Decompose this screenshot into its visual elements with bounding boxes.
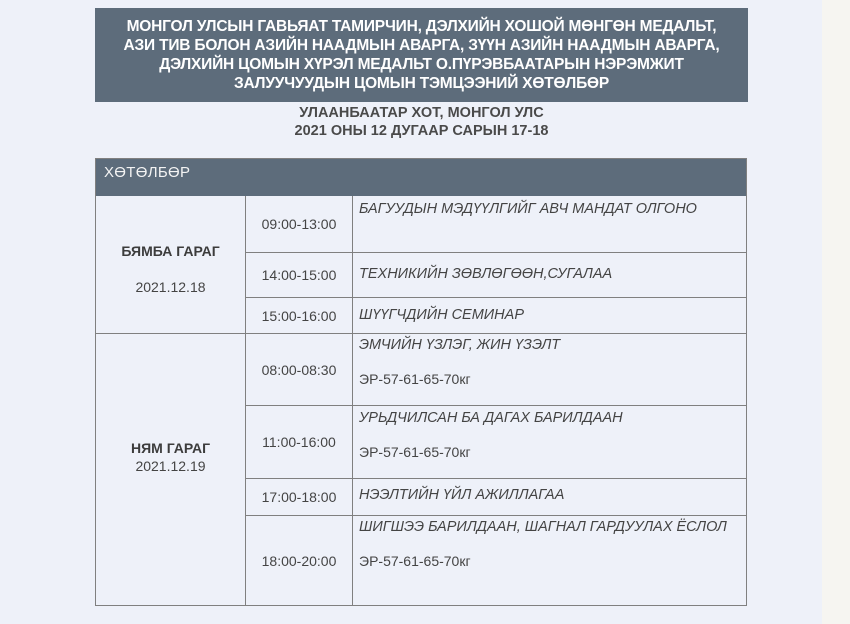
activity-cell: УРЬДЧИЛСАН БА ДАГАХ БАРИЛДААН ЭР-57-61-6… xyxy=(353,406,746,478)
activity-cell: ЭМЧИЙН ҮЗЛЭГ, ЖИН ҮЗЭЛТ ЭР-57-61-65-70кг xyxy=(353,334,746,405)
activity-text: ТЕХНИКИЙН ЗӨВЛӨГӨӨН,СУГАЛАА xyxy=(359,265,738,283)
day-name: НЯМ ГАРАГ xyxy=(131,440,210,456)
time-cell: 17:00-18:00 xyxy=(246,479,353,515)
schedule-row: 18:00-20:00 ШИГШЭЭ БАРИЛДААН, ШАГНАЛ ГАР… xyxy=(246,516,746,606)
day-date: 2021.12.18 xyxy=(135,279,205,295)
event-location: УЛААНБААТАР ХОТ, МОНГОЛ УЛС xyxy=(95,104,748,122)
schedule-row: 15:00-16:00 ШҮҮГЧДИЙН СЕМИНАР xyxy=(246,298,746,334)
weight-classes: ЭР-57-61-65-70кг xyxy=(359,443,738,461)
time-cell: 08:00-08:30 xyxy=(246,334,353,405)
activity-text: ШҮҮГЧДИЙН СЕМИНАР xyxy=(359,306,738,324)
schedule-row: 17:00-18:00 НЭЭЛТИЙН ҮЙЛ АЖИЛЛАГАА xyxy=(246,479,746,516)
activity-text: ШИГШЭЭ БАРИЛДААН, ШАГНАЛ ГАРДУУЛАХ ЁСЛОЛ xyxy=(359,518,738,536)
activity-cell: ШИГШЭЭ БАРИЛДААН, ШАГНАЛ ГАРДУУЛАХ ЁСЛОЛ… xyxy=(353,516,746,606)
weight-classes: ЭР-57-61-65-70кг xyxy=(359,370,738,388)
time-cell: 14:00-15:00 xyxy=(246,253,353,297)
event-dates: 2021 ОНЫ 12 ДУГААР САРЫН 17-18 xyxy=(95,122,748,140)
schedule-row: 08:00-08:30 ЭМЧИЙН ҮЗЛЭГ, ЖИН ҮЗЭЛТ ЭР-5… xyxy=(246,334,746,406)
event-subtitle: УЛААНБААТАР ХОТ, МОНГОЛ УЛС 2021 ОНЫ 12 … xyxy=(95,104,748,140)
weight-classes: ЭР-57-61-65-70кг xyxy=(359,552,738,570)
schedule-row: 09:00-13:00 БАГУУДЫН МЭДҮҮЛГИЙГ АВЧ МАНД… xyxy=(246,196,746,253)
time-cell: 09:00-13:00 xyxy=(246,196,353,252)
day-cell: НЯМ ГАРАГ 2021.12.19 xyxy=(96,334,246,606)
title-line-2: АЗИ ТИВ БОЛОН АЗИЙН НААДМЫН АВАРГА, ЗҮҮН… xyxy=(95,36,748,55)
activity-cell: НЭЭЛТИЙН ҮЙЛ АЖИЛЛАГАА xyxy=(353,479,746,515)
time-cell: 11:00-16:00 xyxy=(246,406,353,478)
activity-cell: ШҮҮГЧДИЙН СЕМИНАР xyxy=(353,298,746,334)
activity-text: БАГУУДЫН МЭДҮҮЛГИЙГ АВЧ МАНДАТ ОЛГОНО xyxy=(359,200,738,218)
activity-text: ЭМЧИЙН ҮЗЛЭГ, ЖИН ҮЗЭЛТ xyxy=(359,336,738,354)
title-line-1: МОНГОЛ УЛСЫН ГАВЬЯАТ ТАМИРЧИН, ДЭЛХИЙН Х… xyxy=(95,17,748,36)
day-name: БЯМБА ГАРАГ xyxy=(121,243,219,259)
document-title-banner: МОНГОЛ УЛСЫН ГАВЬЯАТ ТАМИРЧИН, ДЭЛХИЙН Х… xyxy=(95,8,748,102)
day-cell: БЯМБА ГАРАГ 2021.12.18 xyxy=(96,196,246,333)
time-cell: 15:00-16:00 xyxy=(246,298,353,334)
activity-text: НЭЭЛТИЙН ҮЙЛ АЖИЛЛАГАА xyxy=(359,486,738,504)
title-line-3: ДЭЛХИЙН ЦОМЫН ХҮРЭЛ МЕДАЛЬТ О.ПҮРЭВБААТА… xyxy=(95,55,748,74)
schedule-row: 11:00-16:00 УРЬДЧИЛСАН БА ДАГАХ БАРИЛДАА… xyxy=(246,406,746,479)
day-group-sunday: НЯМ ГАРАГ 2021.12.19 08:00-08:30 ЭМЧИЙН … xyxy=(96,334,746,606)
schedule-heading: ХӨТӨЛБӨР xyxy=(96,159,746,196)
activity-cell: ТЕХНИКИЙН ЗӨВЛӨГӨӨН,СУГАЛАА xyxy=(353,253,746,297)
schedule-row: 14:00-15:00 ТЕХНИКИЙН ЗӨВЛӨГӨӨН,СУГАЛАА xyxy=(246,253,746,298)
day-date: 2021.12.19 xyxy=(135,458,205,474)
activity-cell: БАГУУДЫН МЭДҮҮЛГИЙГ АВЧ МАНДАТ ОЛГОНО xyxy=(353,196,746,252)
time-cell: 18:00-20:00 xyxy=(246,516,353,606)
scan-edge xyxy=(822,0,850,624)
schedule-table: ХӨТӨЛБӨР БЯМБА ГАРАГ 2021.12.18 09:00-13… xyxy=(95,158,747,606)
activity-text: УРЬДЧИЛСАН БА ДАГАХ БАРИЛДААН xyxy=(359,409,738,427)
day-group-saturday: БЯМБА ГАРАГ 2021.12.18 09:00-13:00 БАГУУ… xyxy=(96,196,746,334)
title-line-4: ЗАЛУУЧУУДЫН ЦОМЫН ТЭМЦЭЭНИЙ ХӨТӨЛБӨР xyxy=(95,74,748,93)
